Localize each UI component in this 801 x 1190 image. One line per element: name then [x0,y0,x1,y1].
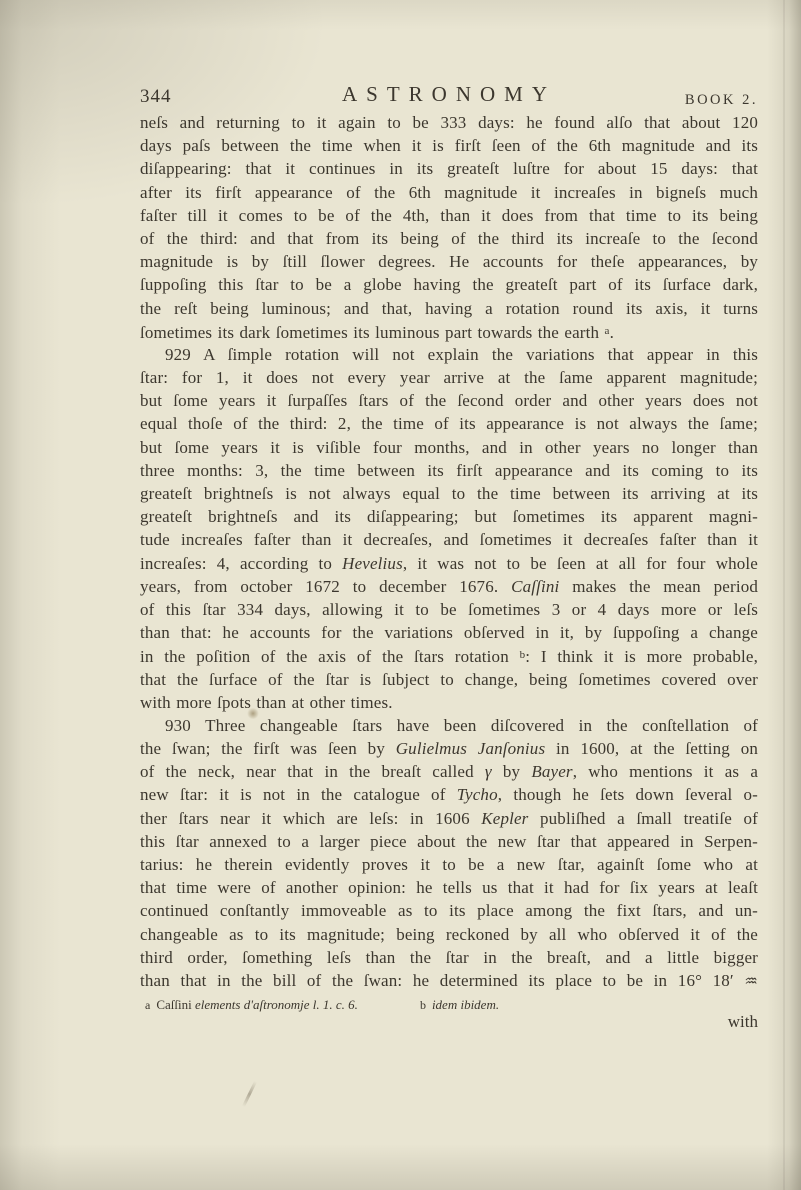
text-segment: increaſes: 4, according to [140,554,342,573]
text-segment: ther ſtars near it which are leſs: in 16… [140,809,481,828]
text-segment: tarius: he therein evidently proves it t… [140,855,758,874]
text-segment: by [492,762,532,781]
footnotes: aCaſſini elements d'aſtronomje l. 1. c. … [145,997,758,1013]
text-line: ſtar: for 1, it does not every year arri… [140,366,758,389]
text-segment: ſometimes its dark ſometimes its luminou… [140,323,605,342]
text-line: of the third: and that from its being of… [140,227,758,250]
text-line: years, from october 1672 to december 167… [140,575,758,598]
text-segment: , who mentions it as a [573,762,758,781]
text-line: the reſt being luminous; and that, havin… [140,297,758,320]
text-segment: neſs and returning to it again to be 333… [140,113,758,132]
text-line: ther ſtars near it which are leſs: in 16… [140,807,758,830]
text-line: 930 Three changeable ſtars have been diſ… [140,714,758,737]
text-line: that the ſurface of the ſtar is ſubject … [140,668,758,691]
text-line: of the neck, near that in the breaſt cal… [140,760,758,783]
text-segment: Hevelius [342,554,403,573]
text-segment: tude increaſes faſter than it decreaſes,… [140,530,758,549]
text-segment: continued conſtantly immoveable as to it… [140,901,758,920]
text-segment: that time were of another opinion: he te… [140,878,758,897]
text-segment: makes the mean period [559,577,758,596]
text-line: ſuppoſing this ſtar to be a globe having… [140,273,758,296]
text-segment: . [610,323,614,342]
footnote-marker: a [145,998,150,1012]
footnote: bidem ibidem. [420,997,499,1013]
text-line: in the poſition of the axis of the ſtars… [140,644,758,667]
text-segment: this ſtar annexed to a larger piece abou… [140,832,758,851]
text-line: neſs and returning to it again to be 333… [140,111,758,134]
footnote: aCaſſini elements d'aſtronomje l. 1. c. … [145,997,358,1013]
text-line: continued conſtantly immoveable as to it… [140,899,758,922]
text-line: new ſtar: it is not in the catalogue of … [140,783,758,806]
text-line: of this ſtar 334 days, allowing it to be… [140,598,758,621]
text-line: 929 A ſimple rotation will not explain t… [140,343,758,366]
text-line: increaſes: 4, according to Hevelius, it … [140,552,758,575]
text-line: than that: he accounts for the variation… [140,621,758,644]
text-line: that time were of another opinion: he te… [140,876,758,899]
catchword: with [728,1012,758,1032]
text-line: but ſome years it ſurpaſſes ſtars of the… [140,389,758,412]
text-line: than that in the bill of the ſwan: he de… [140,969,758,992]
text-line: tarius: he therein evidently proves it t… [140,853,758,876]
text-segment: elements d'aſtronomje l. 1. c. 6. [195,997,358,1012]
text-segment: three months: 3, the time between its fi… [140,461,758,480]
text-line: days paſs between the time when it is fi… [140,134,758,157]
text-segment: greateſt brightneſs is not always equal … [140,484,758,503]
text-segment: than that in the bill of the ſwan: he de… [140,971,744,990]
text-segment: the ſwan; the firſt was ſeen by [140,739,396,758]
text-segment: equal thoſe of the third: 2, the time of… [140,414,758,433]
text-line: changeable as to its magnitude; being re… [140,923,758,946]
text-segment: idem ibidem. [432,997,499,1012]
footnote-marker: b [420,998,426,1012]
text-line: but ſome years it is viſible four months… [140,436,758,459]
text-segment: Kepler [481,809,528,828]
text-segment: third order, ſomething leſs than the ſta… [140,948,758,967]
text-segment: 929 A ſimple rotation will not explain t… [165,345,758,364]
text-segment: of the neck, near that in the breaſt cal… [140,762,485,781]
text-segment: ſtar: for 1, it does not every year arri… [140,368,758,387]
text-line: with more ſpots than at other times. [140,691,758,714]
text-segment: ♒ [744,972,758,990]
text-line: three months: 3, the time between its fi… [140,459,758,482]
text-line: greateſt brightneſs is not always equal … [140,482,758,505]
text-segment: publiſhed a ſmall treatiſe of [528,809,758,828]
text-segment: that the ſurface of the ſtar is ſubject … [140,670,758,689]
text-segment: new ſtar: it is not in the catalogue of [140,785,457,804]
text-segment: Gulielmus Janſonius [396,739,545,758]
text-segment: of this ſtar 334 days, allowing it to be… [140,600,758,619]
text-segment: Bayer [531,762,572,781]
text-line: faſter till it comes to be of the 4th, t… [140,204,758,227]
book-page: 344 ASTRONOMY BOOK 2. neſs and returning… [0,0,801,1190]
text-segment: the reſt being luminous; and that, havin… [140,299,758,318]
text-line: greateſt brightneſs and its diſappearing… [140,505,758,528]
text-segment: than that: he accounts for the variation… [140,623,758,642]
ink-stain [247,708,259,719]
text-segment: Tycho [457,785,498,804]
text-segment: days paſs between the time when it is fi… [140,136,758,155]
running-header-book: BOOK 2. [140,92,758,109]
text-segment: : I think it is more probable, [525,647,758,666]
text-line: equal thoſe of the third: 2, the time of… [140,412,758,435]
text-segment: magnitude is by ſtill ſlower degrees. He… [140,252,758,271]
text-segment: with more ſpots than at other times. [140,693,393,712]
text-line: third order, ſomething leſs than the ſta… [140,946,758,969]
text-line: this ſtar annexed to a larger piece abou… [140,830,758,853]
text-line: ſometimes its dark ſometimes its luminou… [140,320,758,343]
text-segment: but ſome years it is viſible four months… [140,438,758,457]
text-line: magnitude is by ſtill ſlower degrees. He… [140,250,758,273]
text-segment: diſappearing: that it continues in its g… [140,159,758,178]
text-segment: ſuppoſing this ſtar to be a globe having… [140,275,758,294]
text-segment: Caſſini [156,997,195,1012]
text-segment: greateſt brightneſs and its diſappearing… [140,507,758,526]
text-segment: , though he ſets down ſeveral o- [498,785,758,804]
paper-scratch [242,1081,257,1107]
page-crease [783,0,785,1190]
text-segment: changeable as to its magnitude; being re… [140,925,758,944]
text-segment: , it was not to be ſeen at all for four … [403,554,758,573]
text-segment: of the third: and that from its being of… [140,229,758,248]
text-segment: but ſome years it ſurpaſſes ſtars of the… [140,391,758,410]
text-segment: faſter till it comes to be of the 4th, t… [140,206,758,225]
body-text: neſs and returning to it again to be 333… [140,111,758,992]
text-line: after its firſt appearance of the 6th ma… [140,181,758,204]
text-segment: in the poſition of the axis of the ſtars… [140,647,520,666]
text-segment: Caſſini [511,577,559,596]
text-segment: in 1600, at the ſetting on [545,739,758,758]
text-segment: γ [485,762,492,781]
text-segment: years, from october 1672 to december 167… [140,577,511,596]
text-line: tude increaſes faſter than it decreaſes,… [140,528,758,551]
text-line: the ſwan; the firſt was ſeen by Gulielmu… [140,737,758,760]
text-line: diſappearing: that it continues in its g… [140,157,758,180]
text-segment: after its firſt appearance of the 6th ma… [140,183,758,202]
